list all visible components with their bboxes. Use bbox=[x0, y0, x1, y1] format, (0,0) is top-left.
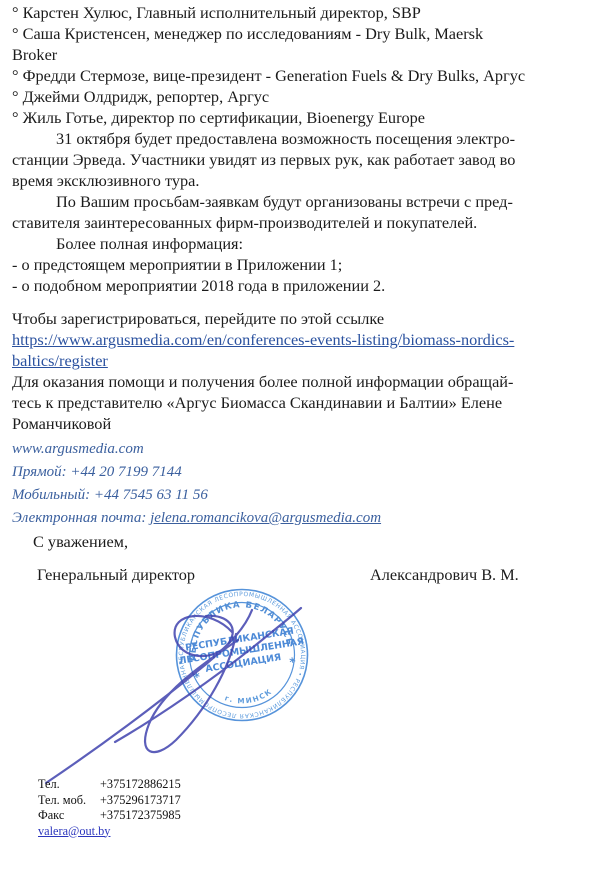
attachment-line: - о предстоящем мероприятии в Приложении… bbox=[12, 254, 584, 275]
paragraph-line: По Вашим просьбам-заявкам будут организо… bbox=[12, 191, 584, 212]
paragraph-line: ставителя заинтересованных фирм-производ… bbox=[12, 212, 584, 233]
registration-link-block: https://www.argusmedia.com/en/conference… bbox=[12, 329, 584, 371]
footer-mobile-row: Тел. моб. +375296173717 bbox=[38, 793, 181, 809]
footer-fax-label: Факс bbox=[38, 808, 100, 824]
argus-mobile-phone: Мобильный: +44 7545 63 11 56 bbox=[12, 484, 584, 507]
footer-fax-value: +375172375985 bbox=[100, 808, 181, 824]
registration-link-line2: baltics/register bbox=[12, 351, 108, 370]
footer-fax-row: Факс +375172375985 bbox=[38, 808, 181, 824]
footer-contact-block: Тел. +375172886215 Тел. моб. +3752961737… bbox=[38, 777, 181, 839]
stamp-arc-bottom-text: г. МИНСК bbox=[222, 686, 275, 709]
speaker-line: ° Саша Кристенсен, менеджер по исследова… bbox=[12, 23, 584, 44]
registration-link[interactable]: https://www.argusmedia.com/en/conference… bbox=[12, 330, 514, 370]
footer-phone-label: Тел. bbox=[38, 777, 100, 793]
paragraph-spacer bbox=[12, 296, 584, 308]
official-stamp: РЕСПУБЛИКАНСКАЯ ЛЕСОПРОМЫШЛЕННАЯ АССОЦИА… bbox=[0, 570, 317, 758]
footer-email-row: valera@out.by bbox=[38, 824, 181, 840]
svg-text:г. МИНСК: г. МИНСК bbox=[222, 686, 275, 709]
paragraph-line: Более полная информация: bbox=[12, 233, 584, 254]
argus-contact-block: www.argusmedia.com Прямой: +44 20 7199 7… bbox=[12, 438, 584, 530]
register-intro: Чтобы зарегистрироваться, перейдите по э… bbox=[12, 308, 584, 329]
registration-link-line1: https://www.argusmedia.com/en/conference… bbox=[12, 330, 514, 349]
argus-email-link[interactable]: jelena.romancikova@argusmedia.com bbox=[150, 510, 381, 526]
paragraph-line: станции Эрведа. Участники увидят из перв… bbox=[12, 149, 584, 170]
speaker-line: ° Джейми Олдридж, репортер, Аргус bbox=[12, 86, 584, 107]
speaker-line: Broker bbox=[12, 44, 584, 65]
help-line: Для оказания помощи и получения более по… bbox=[12, 371, 584, 392]
footer-mobile-label: Тел. моб. bbox=[38, 793, 100, 809]
paragraph-line: время эксклюзивного тура. bbox=[12, 170, 584, 191]
footer-phone-value: +375172886215 bbox=[100, 777, 181, 793]
footer-email-link[interactable]: valera@out.by bbox=[38, 824, 110, 838]
footer-phone-row: Тел. +375172886215 bbox=[38, 777, 181, 793]
stamp-and-signature: РЕСПУБЛИКАНСКАЯ ЛЕСОПРОМЫШЛЕННАЯ АССОЦИА… bbox=[0, 570, 340, 805]
help-line: Романчиковой bbox=[12, 413, 584, 434]
argus-direct-phone: Прямой: +44 20 7199 7144 bbox=[12, 461, 584, 484]
speaker-line: ° Фредди Стермозе, вице-президент - Gene… bbox=[12, 65, 584, 86]
stamp-star-right: * bbox=[289, 655, 298, 670]
letter-page: ° Карстен Хулюс, Главный исполнительный … bbox=[0, 0, 591, 888]
speaker-line: ° Карстен Хулюс, Главный исполнительный … bbox=[12, 2, 584, 23]
speaker-line: ° Жиль Готье, директор по сертификации, … bbox=[12, 107, 584, 128]
argus-website: www.argusmedia.com bbox=[12, 438, 584, 461]
paragraph-line: 31 октября будет предоставлена возможнос… bbox=[12, 128, 584, 149]
salutation: С уважением, bbox=[12, 531, 584, 552]
letter-body: ° Карстен Хулюс, Главный исполнительный … bbox=[12, 2, 584, 585]
attachment-line: - о подобном мероприятии 2018 года в при… bbox=[12, 275, 584, 296]
signer-name: Александрович В. М. bbox=[370, 564, 519, 585]
footer-mobile-value: +375296173717 bbox=[100, 793, 181, 809]
help-line: тесь к представителю «Аргус Биомасса Ска… bbox=[12, 392, 584, 413]
argus-email-label: Электронная почта: bbox=[12, 510, 150, 526]
argus-email-line: Электронная почта: jelena.romancikova@ar… bbox=[12, 507, 584, 530]
